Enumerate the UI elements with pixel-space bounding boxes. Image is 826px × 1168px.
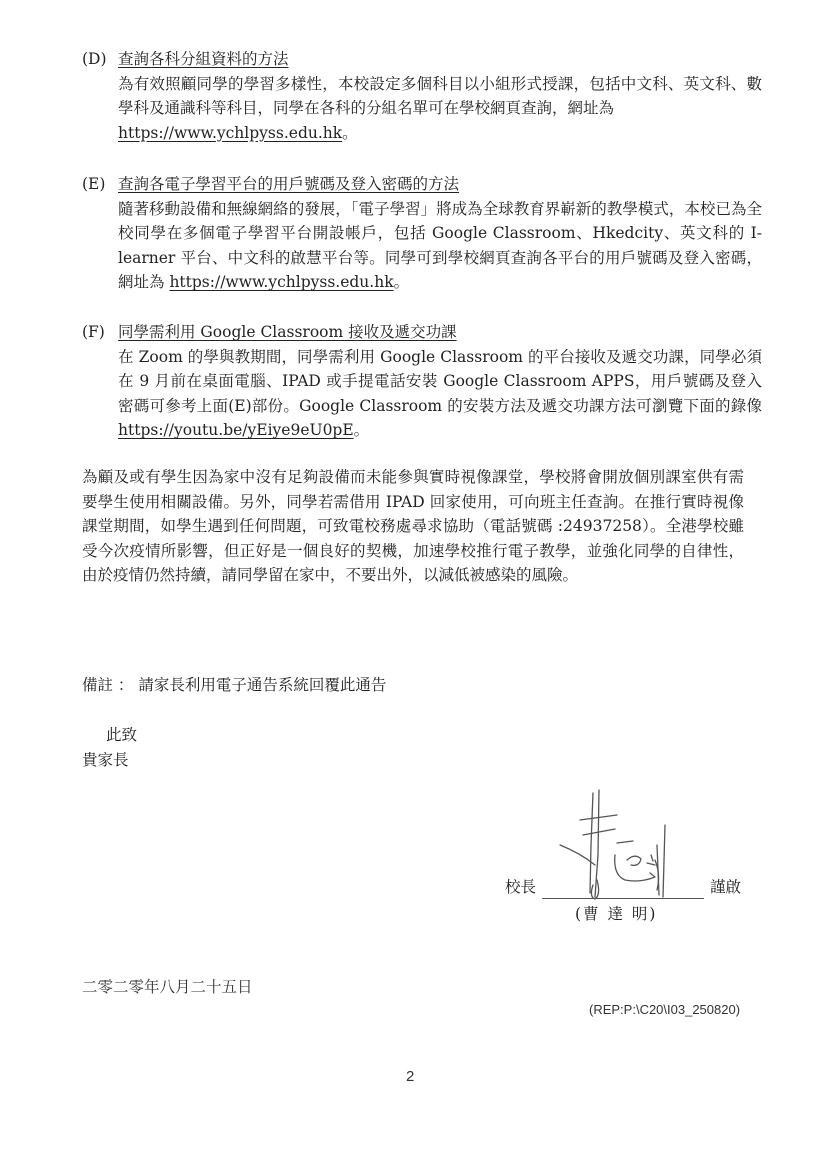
section-end: 。 bbox=[354, 421, 370, 439]
principal-title: 校長 bbox=[505, 875, 536, 897]
school-website-link[interactable]: https://www.ychlpyss.edu.hk bbox=[169, 273, 393, 291]
section-d: (D) 查詢各科分組資料的方法 為有效照顧同學的學習多樣性，本校設定多個科目以小… bbox=[82, 47, 762, 145]
section-text: 在 Zoom 的學與教期間，同學需利用 Google Classroom 的平台… bbox=[118, 348, 762, 415]
section-body: 隨著移動設備和無線網絡的發展，「電子學習」將成為全球教育界嶄新的教學模式，本校已… bbox=[82, 197, 762, 295]
section-letter: (F) bbox=[82, 320, 118, 345]
school-website-link[interactable]: https://www.ychlpyss.edu.hk bbox=[118, 124, 342, 142]
reference-code: (REP:P:\C20\I03_250820) bbox=[589, 1002, 740, 1017]
section-f: (F) 同學需利用 Google Classroom 接收及遞交功課 在 Zoo… bbox=[82, 320, 762, 443]
section-letter: (E) bbox=[82, 172, 118, 197]
section-end: 。 bbox=[394, 273, 410, 291]
signature-line bbox=[542, 898, 704, 899]
main-paragraph: 為顧及或有學生因為家中沒有足夠設備而未能參與實時視像課堂，學校將會開放個別課室供… bbox=[82, 465, 744, 588]
handwritten-signature-icon bbox=[555, 785, 695, 900]
closing-recipient: 貴家長 bbox=[82, 748, 129, 770]
section-title: 查詢各電子學習平台的用戶號碼及登入密碼的方法 bbox=[118, 172, 459, 197]
signature-closing: 謹啟 bbox=[710, 875, 741, 897]
reply-note: 備註 ： 請家長利用電子通告系統回覆此通告 bbox=[82, 673, 386, 695]
signature-block: 校長 謹啟 (曹 達 明) bbox=[500, 780, 770, 930]
closing-salutation: 此致 bbox=[106, 723, 137, 745]
document-page: (D) 查詢各科分組資料的方法 為有效照顧同學的學習多樣性，本校設定多個科目以小… bbox=[0, 0, 826, 1168]
section-heading: (D) 查詢各科分組資料的方法 bbox=[82, 47, 762, 72]
section-end: 。 bbox=[342, 124, 358, 142]
section-letter: (D) bbox=[82, 47, 118, 72]
section-title: 同學需利用 Google Classroom 接收及遞交功課 bbox=[118, 320, 457, 345]
section-body: 在 Zoom 的學與教期間，同學需利用 Google Classroom 的平台… bbox=[82, 345, 762, 443]
section-title: 查詢各科分組資料的方法 bbox=[118, 47, 289, 72]
document-date: 二零二零年八月二十五日 bbox=[82, 975, 253, 997]
section-heading: (F) 同學需利用 Google Classroom 接收及遞交功課 bbox=[82, 320, 762, 345]
section-body: 為有效照顧同學的學習多樣性，本校設定多個科目以小組形式授課，包括中文科、英文科、… bbox=[82, 72, 762, 146]
section-text: 為有效照顧同學的學習多樣性，本校設定多個科目以小組形式授課，包括中文科、英文科、… bbox=[118, 75, 762, 118]
section-e: (E) 查詢各電子學習平台的用戶號碼及登入密碼的方法 隨著移動設備和無線網絡的發… bbox=[82, 172, 762, 295]
youtube-video-link[interactable]: https://youtu.be/yEiye9eU0pE bbox=[118, 421, 354, 439]
section-heading: (E) 查詢各電子學習平台的用戶號碼及登入密碼的方法 bbox=[82, 172, 762, 197]
principal-name: (曹 達 明) bbox=[575, 902, 657, 924]
page-number: 2 bbox=[406, 1068, 414, 1085]
